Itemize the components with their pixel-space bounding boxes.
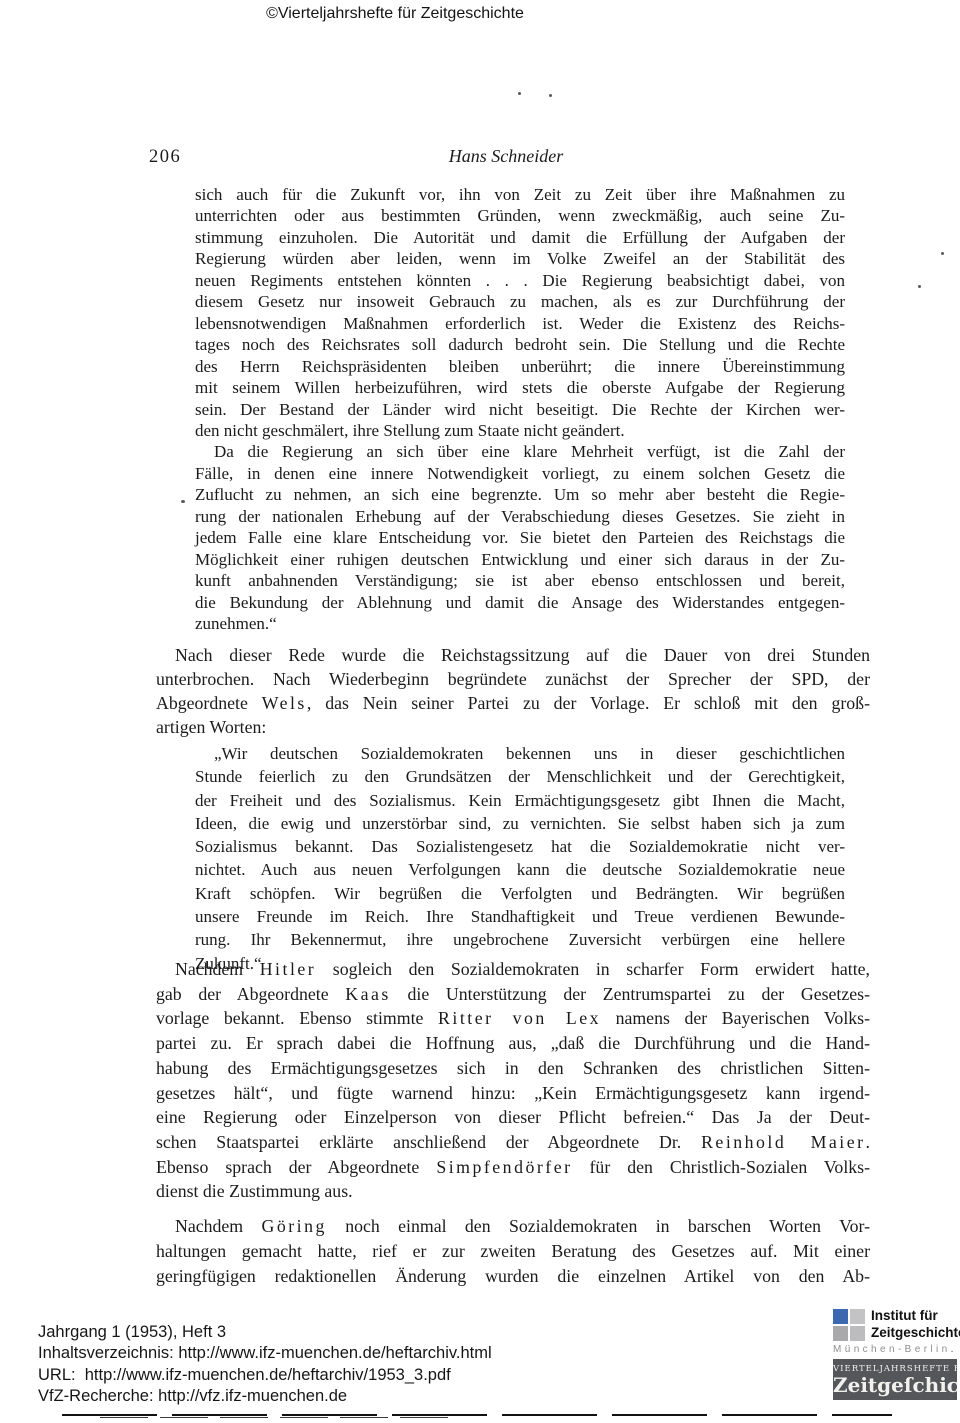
text-segment: vorlage bekannt. Ebenso stimmte [156,1008,438,1028]
text-line: Regierung würden aber leiden, wenn im Vo… [195,248,845,269]
text-line: artigen Worten: [156,715,870,739]
text-line: unterbrochen. Nach Wiederbeginn begründe… [156,667,870,691]
text-line: Nachdem Hitler sogleich den Sozialdemokr… [156,957,870,982]
scan-artifact [918,285,921,288]
ifz-logo: Institut für Zeitgeschichte München-Berl… [833,1308,957,1400]
person-name-spaced: Simpfendörfer [436,1157,572,1177]
archive-info-volume: Jahrgang 1 (1953), Heft 3 [38,1322,492,1343]
text-segment: Abgeordnete [156,693,262,713]
text-segment: schen Staatspartei erklärte anschließend… [156,1132,701,1152]
institute-name-line1: Institut für [871,1308,960,1325]
logo-square-gray [850,1326,865,1341]
text-line: Fälle, in denen eine innere Notwendigkei… [195,463,845,484]
text-line: Abgeordnete Wels, das Nein seiner Partei… [156,691,870,715]
text-line: sein. Der Bestand der Länder wird nicht … [195,399,845,420]
person-name-spaced: Göring [262,1216,327,1236]
text-line: jedem Falle eine klare Entscheidung vor.… [195,527,845,548]
person-name-spaced: Reinhold Maier [701,1132,865,1152]
text-line: dienst die Zustimmung aus. [156,1179,870,1204]
text-line: der Freiheit und des Sozialismus. Kein E… [195,789,845,812]
text-segment: namens der Bayerischen Volks- [601,1008,870,1028]
person-name-spaced: Wels [262,693,307,713]
text-segment: . [866,1132,870,1152]
journal-banner: VIERTELJAHRSHEFTE FÜR Zeitgeſchichte [833,1359,957,1400]
text-line: schen Staatspartei erklärte anschließend… [156,1130,870,1155]
text-line: Nach dieser Rede wurde die Reichstagssit… [156,643,870,667]
scan-artifact [549,94,552,97]
institute-name: Institut für Zeitgeschichte [871,1308,960,1341]
text-line: gab der Abgeordnete Kaas die Unterstützu… [156,982,870,1007]
logo-square-gray [850,1309,865,1324]
text-line: kunft anbahnenden Verständigung; sie ist… [195,570,845,591]
text-line: Möglichkeit einer ruhigen deutschen Entw… [195,549,845,570]
scan-artifact: . [951,1344,954,1355]
text-segment: noch einmal den Sozialdemokraten in bars… [327,1216,870,1236]
text-line: rung. Ihr Bekennermut, ihre ungebrochene… [195,928,845,951]
text-segment: , das Nein seiner Partei zu der Vorlage.… [307,693,870,713]
text-segment: für den Christlich-Sozialen Volks- [573,1157,870,1177]
text-line: unterrichten oder aus bestimmten Gründen… [195,205,845,226]
quoted-block: sich auch für die Zukunft vor, ihn von Z… [195,184,845,635]
scan-artifact [949,1396,952,1399]
text-line: partei zu. Er sprach dabei die Hoffnung … [156,1031,870,1056]
text-line: die Bekundung der Ablehnung und damit di… [195,592,845,613]
logo-square-blue [833,1309,848,1324]
text-line: neuen Regiments entstehen könnten . . . … [195,270,845,291]
text-line: lebensnotwendigen Maßnahmen erforderlich… [195,313,845,334]
text-line: Nachdem Göring noch einmal den Sozialdem… [156,1214,870,1239]
text-line: Kraft schöpfen. Wir begrüßen die Verfolg… [195,882,845,905]
text-line: tages noch des Reichsrates soll dadurch … [195,334,845,355]
logo-square-gray [833,1326,848,1341]
scan-artifact [181,500,185,503]
paragraph: Nachdem Hitler sogleich den Sozialdemokr… [156,957,870,1204]
scan-artifact [941,252,944,255]
text-line: den nicht geschmälert, ihre Stellung zum… [195,420,845,441]
text-line: zunehmen.“ [195,613,845,634]
text-line: habung des Ermächtigungsgesetzes sich in… [156,1056,870,1081]
text-segment: Nachdem [175,1216,262,1236]
text-line: stimmung einzuholen. Die Autorität und d… [195,227,845,248]
scanned-document-page: ©Vierteljahrshefte für Zeitgeschichte 20… [0,0,960,1423]
archive-info-toc-url: Inhaltsverzeichnis: http://www.ifz-muenc… [38,1343,492,1364]
text-line: sich auch für die Zukunft vor, ihn von Z… [195,184,845,205]
text-line: Sozialismus bekannt. Das Sozialistengese… [195,835,845,858]
paragraph: Nach dieser Rede wurde die Reichstagssit… [156,643,870,739]
text-line: rung der nationalen Erhebung auf der Ver… [195,506,845,527]
archive-info: Jahrgang 1 (1953), Heft 3 Inhaltsverzeic… [38,1322,492,1408]
text-segment: gab der Abgeordnete [156,984,345,1004]
text-line: Zuflucht zu nehmen, an sich eine begrenz… [195,484,845,505]
text-line: vorlage bekannt. Ebenso stimmte Ritter v… [156,1006,870,1031]
quoted-block: „Wir deutschen Sozialdemokraten bekennen… [195,742,845,975]
text-segment: Ebenso sprach der Abgeordnete [156,1157,436,1177]
text-line: Ebenso sprach der Abgeordnete Simpfendör… [156,1155,870,1180]
archive-info-search-url: VfZ-Recherche: http://vfz.ifz-muenchen.d… [38,1386,492,1407]
text-line: diesem Gesetz nur insoweit Gebrauch zu m… [195,291,845,312]
ifz-logo-top: Institut für Zeitgeschichte [833,1308,957,1341]
institute-name-line2: Zeitgeschichte [871,1325,960,1342]
text-line: Da die Regierung an sich über eine klare… [195,441,845,462]
text-line: Ideen, die ewig und unzerstörbar sind, z… [195,812,845,835]
person-name-spaced: Ritter von Lex [438,1008,601,1028]
page-bottom-rule-fragment [100,1417,450,1418]
text-line: eine Regierung oder Einzelperson von die… [156,1105,870,1130]
archive-info-pdf-url: URL: http://www.ifz-muenchen.de/heftarch… [38,1365,492,1386]
text-line: haltungen gemacht hatte, rief er zur zwe… [156,1239,870,1264]
text-line: unsere Freunde im Reich. Ihre Standhafti… [195,905,845,928]
text-line: geringfügigen redaktionellen Änderung wu… [156,1264,870,1289]
text-segment: Nachdem [175,959,260,979]
paragraph: Nachdem Göring noch einmal den Sozialdem… [156,1214,870,1289]
running-header-author: Hans Schneider [156,146,856,167]
person-name-spaced: Kaas [345,984,391,1004]
text-segment: sogleich den Sozialdemokraten in scharfe… [316,959,870,979]
text-line: nichtet. Auch aus neuen Verfolgungen kan… [195,858,845,881]
logo-squares-icon [833,1309,865,1341]
copyright-line: ©Vierteljahrshefte für Zeitgeschichte [95,5,695,23]
text-segment: die Unterstützung der Zentrumspartei zu … [391,984,870,1004]
text-line: Stunde feierlich zu den Grundsätzen der … [195,765,845,788]
text-line: mit seinem Willen herbeizuführen, wird s… [195,377,845,398]
institute-location: München-Berlin. [833,1344,957,1355]
person-name-spaced: Hitler [260,959,316,979]
text-line: gesetzes hält“, und fügte warnend hinzu:… [156,1081,870,1106]
banner-journal-title: Zeitgeſchichte [833,1374,957,1397]
text-line: des Herrn Reichspräsidenten bleiben unbe… [195,356,845,377]
scan-artifact [518,92,521,95]
page-bottom-rule [62,1414,892,1416]
text-line: „Wir deutschen Sozialdemokraten bekennen… [195,742,845,765]
